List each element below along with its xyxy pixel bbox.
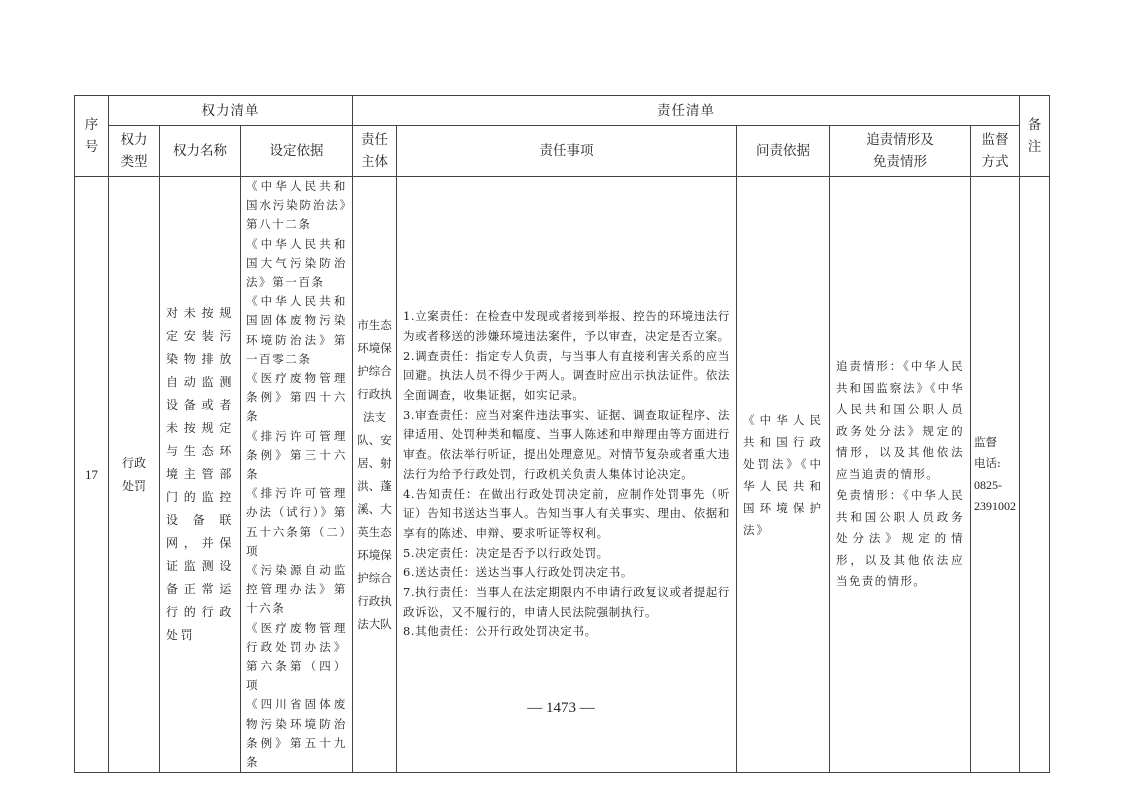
header-remarks: 备注	[1020, 96, 1050, 177]
responsibility-item: 2.调查责任：指定专人负责，与当事人有直接利害关系的应当回避。执法人员不得少于两…	[403, 347, 730, 406]
header-accountability-basis: 问责依据	[737, 126, 830, 177]
header-accountability-exemption: 追责情形及免责情形	[830, 126, 971, 177]
responsibility-item: 7.执行责任：当事人在法定期限内不申请行政复议或者提起行政诉讼，又不履行的，申请…	[403, 583, 730, 622]
page-number: — 1473 —	[0, 700, 1122, 717]
cell-accountability-basis: 《中华人民共和国行政处罚法》《中华人民共和国环境保护法》	[737, 177, 830, 773]
header-seq: 序号	[75, 96, 109, 177]
responsibility-item: 3.审查责任：应当对案件违法事实、证据、调查取证程序、法律适用、处罚种类和幅度、…	[403, 406, 730, 485]
supervision-label: 监督	[974, 432, 1016, 454]
header-responsibility-list: 责任清单	[353, 96, 1020, 126]
legal-basis-item: 《排污许可管理办法（试行）》第五十六条第（二）项	[246, 484, 347, 561]
responsibility-item: 4.告知责任：在做出行政处罚决定前，应制作处罚事先（听证）告知书送达当事人。告知…	[403, 485, 730, 544]
legal-basis-item: 《中华人民共和国水污染防治法》第八十二条	[246, 177, 347, 235]
header-responsible-subject: 责任主体	[353, 126, 397, 177]
header-responsibility-items: 责任事项	[397, 126, 737, 177]
cell-responsible-subject: 市生态环境保护综合行政执法支队、安居、射洪、蓬溪、大英生态环境保护综合行政执法大…	[353, 177, 397, 773]
header-power-list: 权力清单	[109, 96, 353, 126]
cell-supervision-method: 监督 电话: 0825- 2391002	[971, 177, 1020, 773]
table-row: 17 行政处罚 对未按规定安装污染物排放自动监测设备或者未按规定与生态环境主管部…	[75, 177, 1050, 773]
supervision-phone-label: 电话:	[974, 453, 1016, 475]
header-power-name: 权力名称	[160, 126, 241, 177]
header-power-type: 权力类型	[109, 126, 160, 177]
responsibility-item: 6.送达责任：送达当事人行政处罚决定书。	[403, 563, 730, 583]
responsibility-item: 5.决定责任：决定是否予以行政处罚。	[403, 544, 730, 564]
legal-basis-item: 《中华人民共和国大气污染防治法》第一百条	[246, 235, 347, 293]
responsibility-item: 1.立案责任：在检查中发现或者接到举报、控告的环境违法行为或者移送的涉嫌环境违法…	[403, 307, 730, 346]
legal-basis-item: 《排污许可管理条例》第三十六条	[246, 427, 347, 485]
responsibility-item: 8.其他责任：公开行政处罚决定书。	[403, 622, 730, 642]
cell-responsibility-items: 1.立案责任：在检查中发现或者接到举报、控告的环境违法行为或者移送的涉嫌环境违法…	[397, 177, 737, 773]
legal-basis-item: 《中华人民共和国固体废物污染环境防治法》第一百零二条	[246, 292, 347, 369]
supervision-phone-number: 2391002	[974, 496, 1016, 518]
legal-basis-item: 《医疗废物管理条例》第四十六条	[246, 369, 347, 427]
power-responsibility-table: 序号 权力清单 责任清单 备注 权力类型 权力名称 设定依据 责任主体 责任事项…	[74, 95, 1050, 773]
cell-seq: 17	[75, 177, 109, 773]
cell-accountability-exemption: 追责情形：《中华人民共和国监察法》《中华人民共和国公职人员政务处分法》规定的情形…	[830, 177, 971, 773]
legal-basis-item: 《污染源自动监控管理办法》第十六条	[246, 561, 347, 619]
supervision-phone-area: 0825-	[974, 475, 1016, 497]
header-supervision-method: 监督方式	[971, 126, 1020, 177]
cell-power-type: 行政处罚	[109, 177, 160, 773]
cell-remarks	[1020, 177, 1050, 773]
legal-basis-item: 《医疗废物管理行政处罚办法》第六条第（四）项	[246, 619, 347, 696]
cell-power-name: 对未按规定安装污染物排放自动监测设备或者未按规定与生态环境主管部门的监控设备联网…	[160, 177, 241, 773]
header-legal-basis: 设定依据	[241, 126, 353, 177]
exemption-situation: 免责情形：《中华人民共和国公职人员政务处分法》规定的情形，以及其他依法应当免责的…	[836, 485, 964, 593]
accountability-situation: 追责情形：《中华人民共和国监察法》《中华人民共和国公职人员政务处分法》规定的情形…	[836, 356, 964, 485]
cell-legal-basis: 《中华人民共和国水污染防治法》第八十二条 《中华人民共和国大气污染防治法》第一百…	[241, 177, 353, 773]
